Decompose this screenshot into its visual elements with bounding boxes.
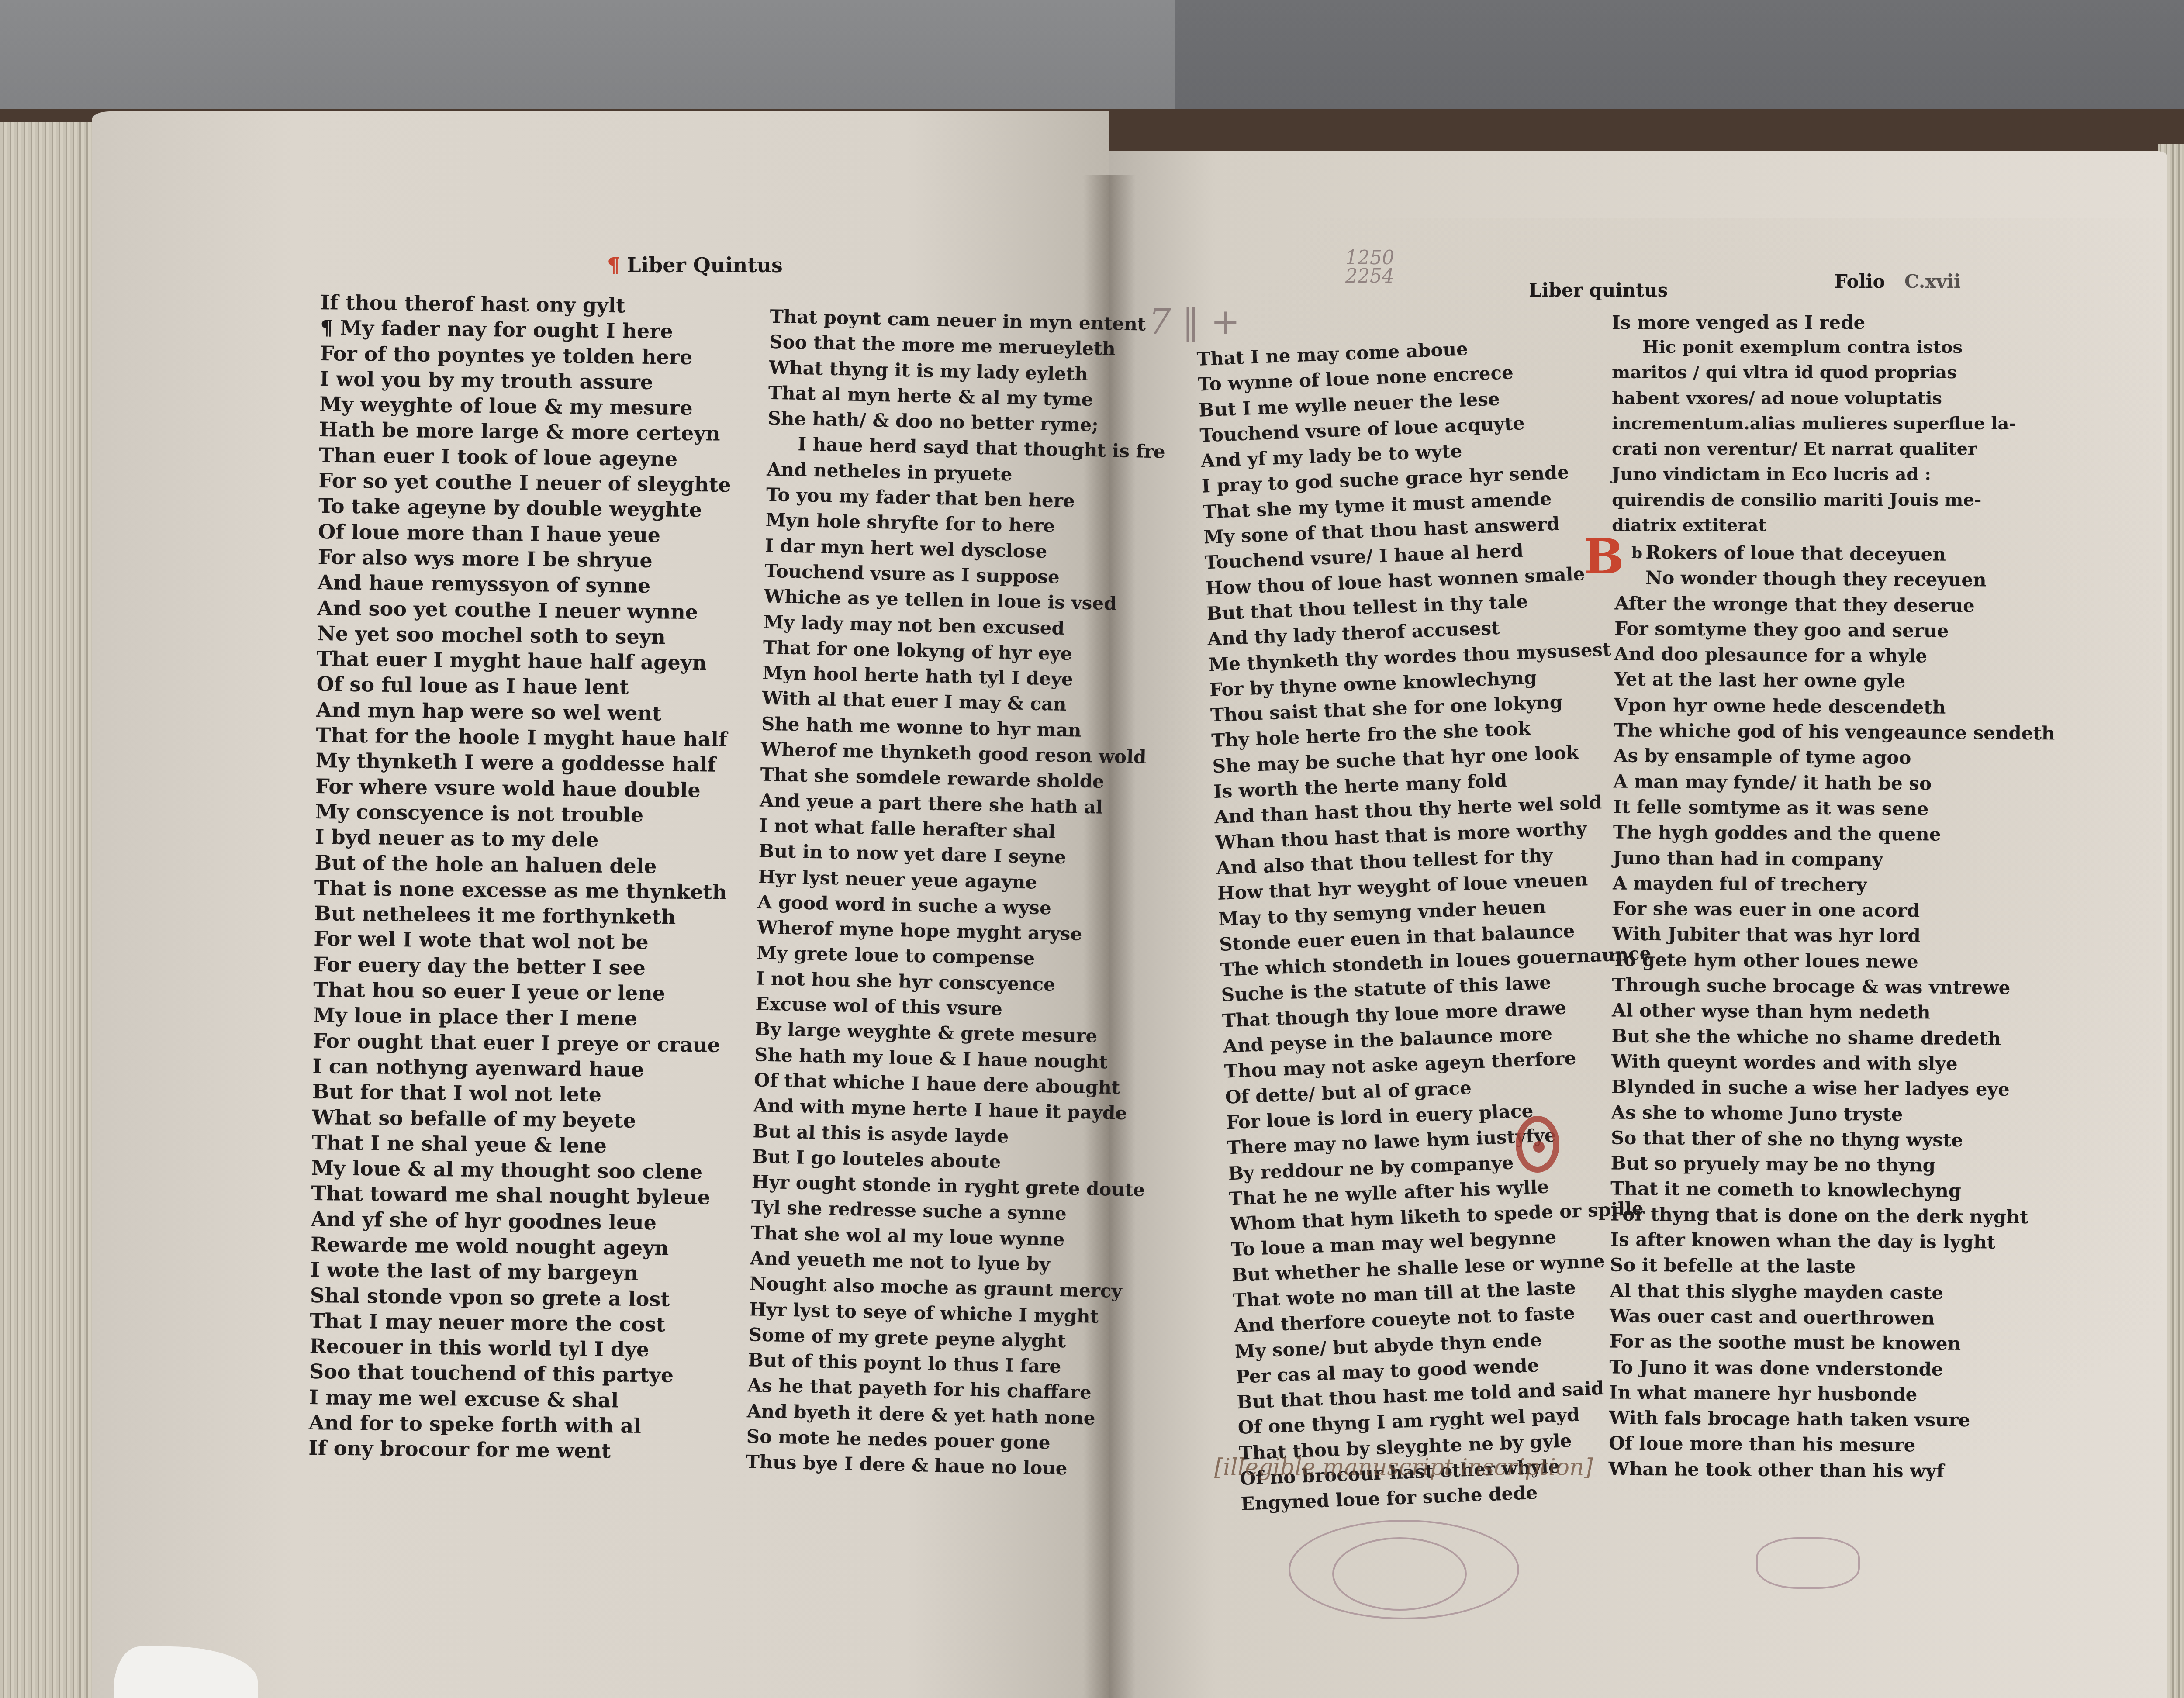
text-line: To take ageyne by double weyghte [318,493,731,523]
text-line: A man may fynde/ it hath be so [1613,769,2054,797]
folio-label: Folio [1835,271,1885,292]
text-line: So it befelle at the laste [1610,1253,2051,1281]
text-line: So that ther of she no thyng wyste [1611,1125,2052,1154]
text-line: Shal stonde vpon so grete a lost [310,1283,723,1312]
text-line: With Jubiter that was hyr lord [1612,922,2053,950]
text-line: Ne yet soo mochel soth to seyn [317,621,730,650]
text-line: For also wys more I be shryue [318,544,730,574]
text-line: For where vsure wold haue double [315,773,728,803]
text-line: That euer I myght haue half ageyn [317,646,729,676]
text-line: Recouer in this world tyl I dye [309,1333,722,1363]
text-line: Rewarde me wold nought ageyn [311,1232,723,1261]
text-line: My thynketh I were a goddesse half [315,748,728,777]
folio: Folio C.xvii [1835,271,1961,292]
text-line: As she to whome Juno tryste [1611,1100,2052,1129]
text-line: Blynded in suche a wise her ladyes eye [1611,1075,2053,1103]
text-line: Al other wyse than hym nedeth [1612,998,2053,1027]
text-line: And for to speke forth with al [309,1410,722,1439]
text-line: crati non verentur/ Et narrat qualiter [1612,437,2016,462]
text-line: Than euer I took of loue ageyne [319,442,732,472]
text-line: My weyghte of loue & my mesure [319,391,732,421]
latin-gloss: Hic ponit exemplum contra istosmaritos /… [1612,335,2016,539]
text-line: A mayden ful of trechery [1613,871,2054,899]
text-line: Al that this slyghe mayden caste [1610,1278,2051,1307]
text-line: That toward me shal nought byleue [311,1180,724,1210]
text-line: diatrix extiterat [1612,514,2016,539]
signature-flourish [1756,1537,1860,1589]
margin-marks: 7 ‖ + [1149,301,1240,342]
text-line: Juno than had in company [1613,846,2054,874]
left-column-2: That poynt cam neuer in myn ententSoo th… [746,304,1168,1483]
text-line: Hic ponit exemplum contra istos [1612,335,2016,361]
text-line: Whan he took other than his wyf [1608,1456,2049,1485]
right-column-2-top-line: Is more venged as I rede [1612,310,1865,335]
text-line: The whiche god of his vengeaunce sendeth [1614,718,2055,747]
text-line: maritos / qui vltra id quod proprias [1612,361,2016,386]
text-line: I wote the last of my bargeyn [310,1257,723,1287]
text-line: And myn hap were so wel went [316,697,729,727]
pilcrow-icon: ¶ [607,253,620,277]
text-line: My conscyence is not trouble [315,799,728,828]
red-paragraph-mark [1516,1116,1559,1173]
text-line: ¶ My fader nay for ought I here [320,315,733,345]
text-line: With queynt wordes and with slye [1611,1049,2053,1077]
text-line: As by ensample of tyme agoo [1614,744,2055,772]
text-line: Of so ful loue as I haue lent [316,672,729,701]
text-line: quirendis de consilio mariti Jouis me- [1612,488,2016,514]
text-line: For somtyme they goo and serue [1614,616,2056,645]
text-line: I byd neuer as to my dele [315,824,728,854]
text-line: If thou therof hast ony gylt [320,290,733,319]
text-line: I wol you by my trouth assure [320,366,733,396]
text-line: And soo yet couthe I neuer wynne [317,595,730,625]
text-line: That it ne cometh to knowlechyng [1610,1177,2052,1205]
text-line: Hath be more large & more certeyn [319,417,732,447]
text-line: For of tho poyntes ye tolden here [320,341,733,370]
text-line: incrementum.alias mulieres superflue la- [1612,412,2016,437]
text-line: In what manere hyr husbonde [1609,1380,2050,1408]
text-line: It felle somtyme as it was sene [1613,794,2054,823]
text-line: My loue in place ther I mene [313,1002,726,1032]
text-line: Rokers of loue that deceyuen [1615,540,2056,569]
text-line: Was ouer cast and ouerthrowen [1610,1304,2051,1332]
text-line: Vpon hyr owne hede descendeth [1614,693,2055,721]
text-line: Soo that touchend of this partye [309,1359,722,1388]
pencil-numbers: 1250 2254 [1345,249,1394,286]
text-line: That is none excesse as me thynketh [314,875,727,905]
folio-number: C.xvii [1904,271,1961,292]
text-line: For wel I wote that wol not be [314,926,726,956]
running-head-title: Liber Quintus [627,253,783,277]
text-line: But nethelees it me forthynketh [314,901,727,930]
text-line: The hygh goddes and the quene [1613,820,2054,849]
text-line: Of loue more than his mesure [1609,1431,2050,1460]
text-line: But she the whiche no shame dredeth [1611,1024,2053,1052]
running-head-title: Liber quintus [1529,280,1668,301]
text-line: But so pryuely may be no thyng [1610,1151,2052,1180]
text-line: For as the soothe must be knowen [1610,1329,2051,1358]
text-line: Through suche brocage & was vntrewe [1612,973,2053,1001]
text-line: I may me wel excuse & shal [309,1384,722,1414]
text-line: Yet at the last her owne gyle [1614,667,2055,696]
text-line: For so yet couthe I neuer of sleyghte [318,468,731,497]
text-line: For thyng that is done on the derk nyght [1610,1202,2052,1230]
left-running-head: ¶ Liber Quintus [607,253,783,277]
text-line: That I ne shal yeue & lene [311,1130,724,1160]
text-line: That hou so euer I yeue or lene [313,977,726,1007]
text-line: And doo plesaunce for a whyle [1614,642,2056,670]
text-line: For euery day the better I see [314,952,726,981]
text-line: If ony brocour for me went [308,1435,721,1465]
right-running-head: Liber quintus [1529,280,1668,301]
text-line: My loue & al my thought soo clene [311,1155,724,1185]
text-line: For she was euer in one acord [1612,897,2053,925]
left-column-1: If thou therof hast ony gylt¶ My fader n… [308,290,733,1465]
text-line: Of loue more than I haue yeue [318,519,731,549]
text-line: I can nothyng ayenward haue [312,1053,725,1083]
text-line: But of the hole an haluen dele [314,850,727,880]
text-line: That I may neuer more the cost [310,1308,722,1338]
text-line: With fals brocage hath taken vsure [1609,1406,2050,1434]
text-line: To gete hym other loues newe [1612,947,2053,976]
text-line: For ought that euer I preye or craue [313,1028,726,1058]
text-line: And yf she of hyr goodnes leue [311,1206,723,1236]
text-line: What so befalle of my beyete [312,1104,725,1134]
text-line: After the wronge that they deserue [1614,591,2056,619]
text-line: Is after knowen whan the day is lyght [1610,1227,2051,1256]
page-block-left-edge [0,122,100,1698]
right-column-2: Rokers of loue that deceyuenNo wonder th… [1608,540,2056,1485]
text-line: That for the hoole I myght haue half [316,722,729,752]
pen-flourish [1332,1537,1467,1611]
right-column-1: That I ne may come aboueTo wynne of loue… [1196,331,1672,1518]
text-line: But for that I wol not lete [312,1079,725,1108]
text-line: Juno vindictam in Eco lucris ad : [1612,462,2016,488]
text-line: To Juno it was done vnderstonde [1609,1355,2050,1383]
text-line: habent vxores/ ad noue voluptatis [1612,387,2016,412]
text-line: And haue remyssyon of synne [318,569,730,599]
text-line: No wonder though they receyuen [1615,566,2056,594]
manuscript-inscription: [illegible manuscript inscription] [1214,1454,1593,1481]
